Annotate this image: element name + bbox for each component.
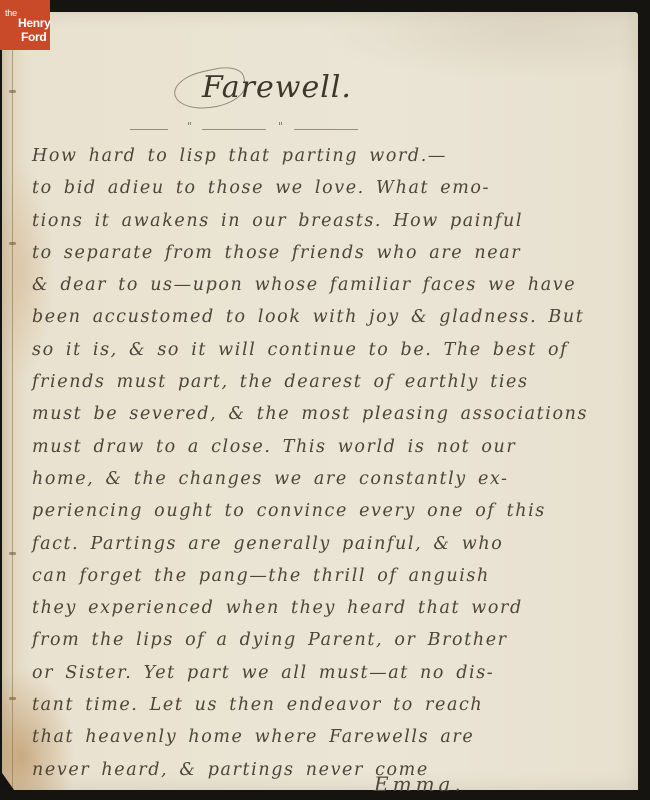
the-henry-ford-logo: the Henry Ford [0, 0, 50, 50]
letter-body: How hard to lisp that parting word.— to … [32, 140, 632, 786]
body-line: that heavenly home where Farewells are [32, 721, 632, 753]
body-line: been accustomed to look with joy & gladn… [32, 301, 632, 333]
body-line: & dear to us—upon whose familiar faces w… [32, 269, 632, 301]
body-line: from the lips of a dying Parent, or Brot… [32, 624, 632, 656]
binding-stitch-mark [9, 242, 16, 245]
body-line: to bid adieu to those we love. What emo- [32, 172, 632, 204]
logo-ford: Ford [21, 31, 46, 43]
logo-the: the [5, 9, 17, 18]
body-line: tions it awakens in our breasts. How pai… [32, 205, 632, 237]
body-line: tant time. Let us then endeavor to reach [32, 689, 632, 721]
binding-stitch-mark [9, 90, 16, 93]
title-divider-rule [130, 129, 168, 130]
binding-stitch-mark [9, 552, 16, 555]
binding-stitch-mark [9, 697, 16, 700]
divider-mark: " [187, 120, 192, 133]
body-line: How hard to lisp that parting word.— [32, 140, 632, 172]
body-line: periencing ought to convince every one o… [32, 495, 632, 527]
signature: Emma. [374, 772, 465, 796]
document-title: Farewell. [202, 70, 352, 105]
body-line: never heard, & partings never come [32, 754, 632, 786]
binding-line [12, 12, 13, 790]
body-line: must be severed, & the most pleasing ass… [32, 398, 632, 430]
scan-viewer: the Henry Ford Farewell. " " How hard to… [0, 0, 650, 800]
body-line: home, & the changes we are constantly ex… [32, 463, 632, 495]
body-line: they experienced when they heard that wo… [32, 592, 632, 624]
body-line: friends must part, the dearest of earthl… [32, 366, 632, 398]
page-corner-shadow [0, 770, 14, 790]
logo-henry: Henry [18, 17, 51, 29]
body-line: so it is, & so it will continue to be. T… [32, 334, 632, 366]
manuscript-page: Farewell. " " How hard to lisp that part… [2, 12, 638, 790]
body-line: must draw to a close. This world is not … [32, 431, 632, 463]
body-line: can forget the pang—the thrill of anguis… [32, 560, 632, 592]
title-divider-rule [294, 129, 358, 130]
divider-mark: " [278, 120, 283, 133]
body-line: fact. Partings are generally painful, & … [32, 528, 632, 560]
title-divider-rule [202, 129, 266, 130]
body-line: or Sister. Yet part we all must—at no di… [32, 657, 632, 689]
body-line: to separate from those friends who are n… [32, 237, 632, 269]
